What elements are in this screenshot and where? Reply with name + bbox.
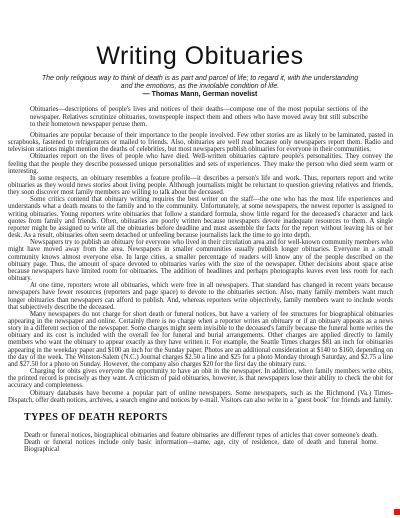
body-paragraph: Obituaries report on the lives of people… xyxy=(8,153,393,174)
body-text: Obituaries are popular because of their … xyxy=(8,132,393,404)
page-title: Writing Obituaries xyxy=(0,0,400,69)
body-paragraph: Obituary databases have become a popular… xyxy=(8,390,393,404)
section-paragraph: Death or funeral notices, biographical o… xyxy=(24,432,378,453)
red-marker-square xyxy=(394,509,400,515)
body-paragraph: Charging for obits gives everyone the op… xyxy=(8,368,393,389)
body-paragraph: In some respects, an obituary resembles … xyxy=(8,175,393,196)
body-paragraph: Many newspapers do not charge for short … xyxy=(8,311,393,368)
section-heading: TYPES OF DEATH REPORTS xyxy=(24,412,400,423)
document-page: Writing Obituaries The only religious wa… xyxy=(0,0,400,518)
epigraph-quote: The only religious way to think of death… xyxy=(38,75,362,90)
lead-paragraph: Obituaries—descriptions of people's live… xyxy=(30,106,368,127)
body-paragraph: Some critics contend that obituary writi… xyxy=(8,196,393,239)
body-paragraph: At one time, reporters wrote all obituar… xyxy=(8,282,393,311)
epigraph-attribution: — Thomas Mann, German novelist xyxy=(0,91,400,98)
body-paragraph: Obituaries are popular because of their … xyxy=(8,132,393,153)
body-paragraph: Newspapers try to publish an obituary fo… xyxy=(8,239,393,282)
